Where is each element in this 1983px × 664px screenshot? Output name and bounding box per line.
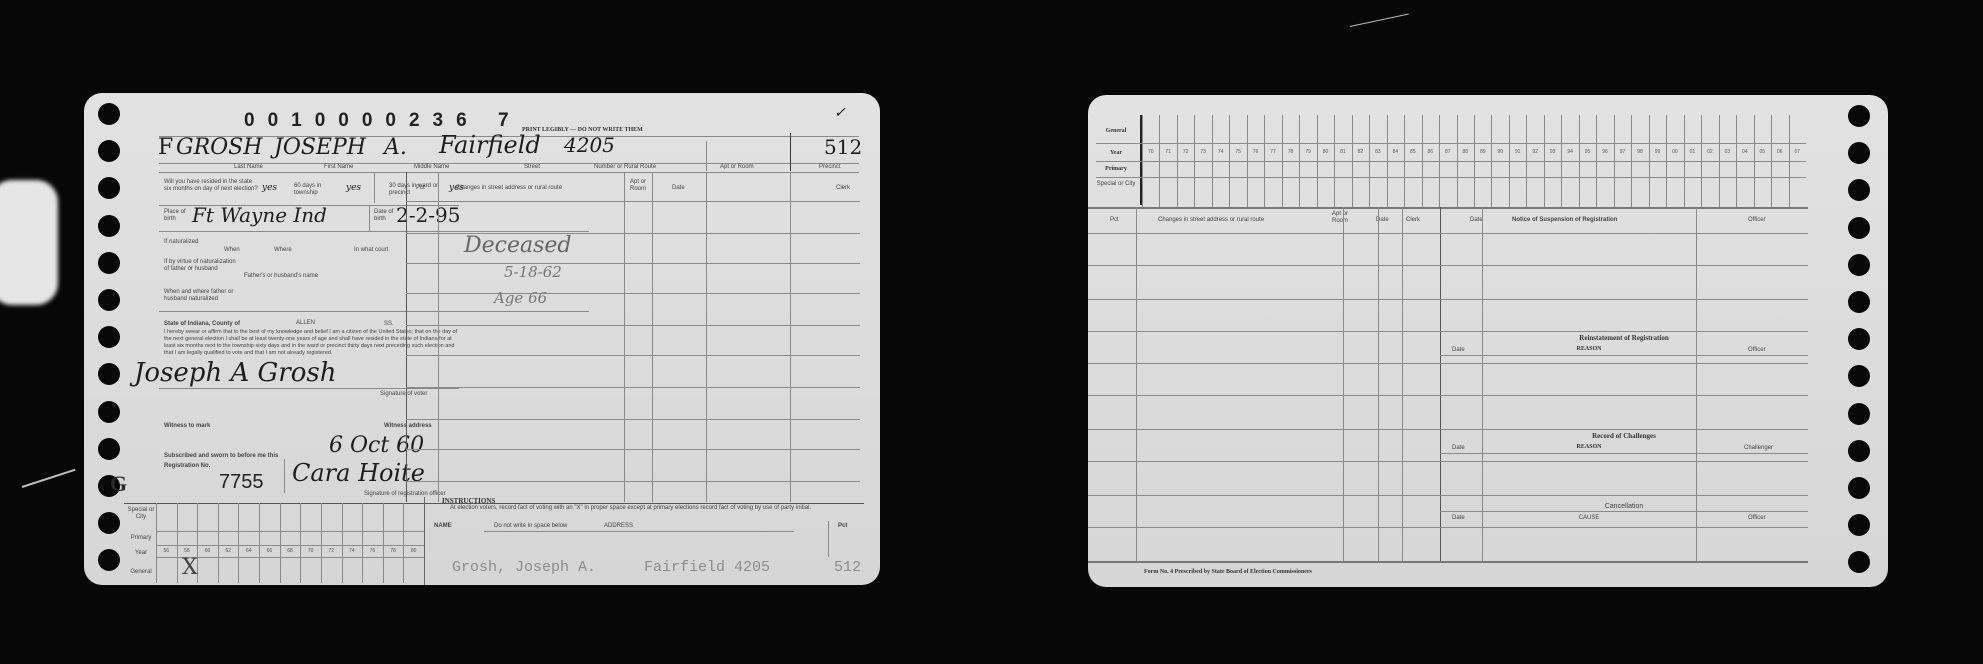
street-value: Fairfield — [439, 131, 541, 159]
year-cell: 98 — [1631, 149, 1648, 155]
year-cell: 70 — [1142, 149, 1159, 155]
punch-hole — [98, 549, 120, 571]
punch-hole — [1848, 477, 1870, 499]
punch-hole — [1848, 217, 1870, 239]
instructions-text: At election voters, record fact of votin… — [450, 505, 820, 512]
year-cell: 01 — [1684, 149, 1701, 155]
form-footer: Form No. 4 Prescribed by State Board of … — [1144, 569, 1312, 576]
year-cell: 85 — [1404, 149, 1421, 155]
year-cell: 80 — [403, 548, 424, 554]
film-scratch — [1350, 14, 1409, 27]
year-cell: 88 — [1457, 149, 1474, 155]
year-cell: 99 — [1649, 149, 1666, 155]
punch-hole — [1848, 328, 1870, 350]
year-cell: 75 — [1229, 149, 1246, 155]
year-cell: 74 — [1212, 149, 1229, 155]
punch-hole — [1848, 440, 1870, 462]
residence-state-label: Will you have resided in the state six m… — [164, 179, 259, 193]
film-scratch — [22, 469, 76, 488]
number-value: 4205 — [564, 133, 615, 157]
typed-address: Fairfield 4205 — [644, 559, 770, 576]
punch-hole — [1848, 254, 1870, 276]
punch-hole — [98, 512, 120, 534]
punch-hole — [98, 103, 120, 125]
year-cell: 79 — [1299, 149, 1316, 155]
year-cell: 83 — [1369, 149, 1386, 155]
punch-hole — [98, 215, 120, 237]
punch-hole — [1848, 105, 1870, 127]
year-cell: 64 — [238, 548, 259, 554]
letter-code: G — [110, 471, 127, 497]
year-cell: 60 — [197, 548, 218, 554]
year-cell: 05 — [1754, 149, 1771, 155]
year-cell: 62 — [218, 548, 239, 554]
year-cell: 97 — [1614, 149, 1631, 155]
typed-pct: 512 — [834, 559, 861, 576]
place-of-birth-value: Ft Wayne Ind — [192, 203, 327, 227]
year-cell: 86 — [1422, 149, 1439, 155]
voter-registration-card-front: 0010000236 7 PRINT LEGIBLY — DO NOT WRIT… — [84, 93, 880, 585]
age-note: Age 66 — [494, 289, 547, 307]
year-cell: 93 — [1544, 149, 1561, 155]
registration-number: 7755 — [219, 471, 264, 494]
year-cell: 68 — [280, 548, 301, 554]
first-name-value: JOSEPH — [274, 135, 366, 160]
middle-name-value: A. — [384, 135, 407, 160]
subscribed-date: 6 Oct 60 — [329, 433, 424, 458]
punch-hole — [1848, 142, 1870, 164]
year-cell: 96 — [1596, 149, 1613, 155]
year-cell: 78 — [1282, 149, 1299, 155]
punch-hole — [1848, 403, 1870, 425]
year-cell: 91 — [1509, 149, 1526, 155]
county-value: ALLEN — [296, 320, 315, 327]
oath-text: I hereby swear or affirm that to the bes… — [164, 329, 464, 357]
year-cell: 06 — [1771, 149, 1788, 155]
voter-registration-card-back: General Year Primary Special or City 707… — [1088, 95, 1888, 587]
year-cell: 76 — [362, 548, 383, 554]
typed-name: Grosh, Joseph A. — [452, 559, 596, 576]
year-cell: 89 — [1474, 149, 1491, 155]
year-cell: 95 — [1579, 149, 1596, 155]
light-glare — [0, 180, 58, 305]
year-cell: 77 — [1264, 149, 1281, 155]
year-cell: 07 — [1789, 149, 1806, 155]
year-cell: 90 — [1491, 149, 1508, 155]
punch-hole — [1848, 514, 1870, 536]
deceased-note: Deceased — [464, 233, 572, 258]
year-cell: 02 — [1701, 149, 1718, 155]
year-cell: 81 — [1334, 149, 1351, 155]
deceased-date: 5-18-62 — [504, 263, 562, 281]
general-vote-mark: X — [182, 555, 198, 580]
year-cell: 71 — [1159, 149, 1176, 155]
punch-hole — [98, 289, 120, 311]
year-cell: 56 — [156, 548, 177, 554]
punch-hole — [98, 438, 120, 460]
punch-hole — [1848, 179, 1870, 201]
year-cell: 78 — [383, 548, 404, 554]
year-cell: 66 — [259, 548, 280, 554]
year-cell: 58 — [177, 548, 198, 554]
serial-number: 0010000236 7 — [244, 110, 522, 132]
year-cell: 74 — [342, 548, 363, 554]
year-cell: 92 — [1526, 149, 1543, 155]
punch-hole — [98, 252, 120, 274]
year-cell: 00 — [1666, 149, 1683, 155]
year-cell: 73 — [1194, 149, 1211, 155]
punch-hole — [1848, 551, 1870, 573]
year-cell: 84 — [1387, 149, 1404, 155]
punch-hole — [1848, 291, 1870, 313]
voter-signature: Joseph A Grosh — [134, 358, 336, 388]
punch-hole — [98, 326, 120, 348]
year-cell: 82 — [1352, 149, 1369, 155]
year-cell: 70 — [300, 548, 321, 554]
precinct-value: 512 — [824, 135, 862, 159]
punch-hole — [98, 140, 120, 162]
year-cell: 76 — [1247, 149, 1264, 155]
year-cell: 03 — [1719, 149, 1736, 155]
last-name-value: GROSH — [176, 135, 262, 160]
punch-hole — [98, 177, 120, 199]
year-cell: 72 — [1177, 149, 1194, 155]
year-cell: 94 — [1561, 149, 1578, 155]
year-cell: 72 — [321, 548, 342, 554]
check-mark: ✓ — [834, 105, 846, 121]
punch-hole — [98, 363, 120, 385]
punch-hole — [98, 401, 120, 423]
punch-hole — [1848, 365, 1870, 387]
mark-f: F — [158, 135, 173, 160]
year-cell: 80 — [1317, 149, 1334, 155]
year-cell: 04 — [1736, 149, 1753, 155]
year-cell: 87 — [1439, 149, 1456, 155]
